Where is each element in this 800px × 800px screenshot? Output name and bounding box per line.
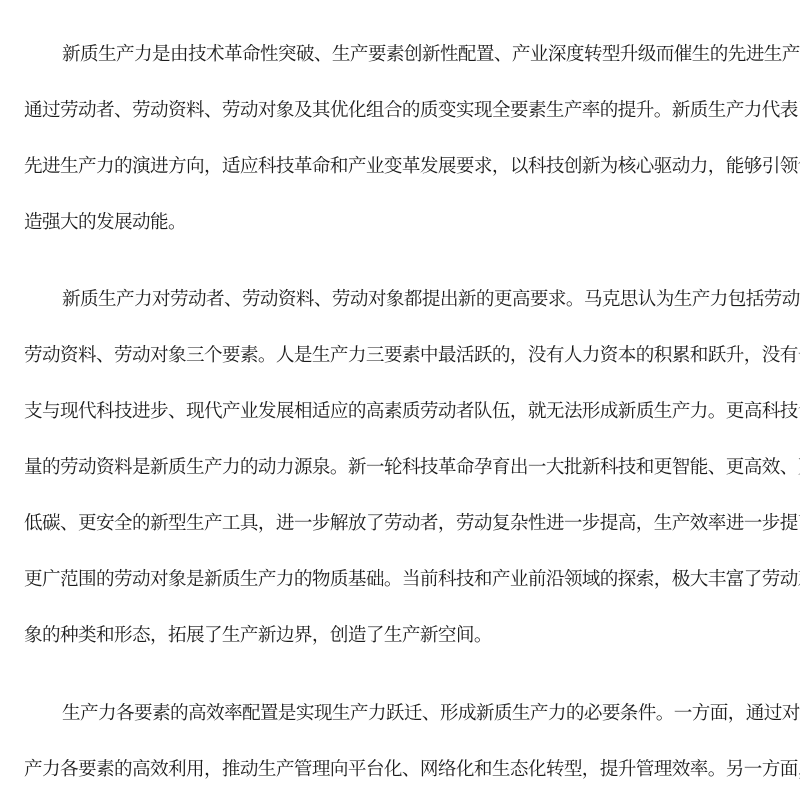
text-line: 劳动资料、劳动对象三个要素。人是生产力三要素中最活跃的，没有人力资本的积累和跃升…: [24, 344, 800, 368]
text-line: 生产力各要素的高效率配置是实现生产力跃迁、形成新质生产力的必要条件。一方面，通过…: [62, 702, 800, 726]
text-line: 象的种类和形态，拓展了生产新边界，创造了生产新空间。: [24, 624, 492, 648]
text-line: 先进生产力的演进方向，适应科技革命和产业变革发展要求，以科技创新为核心驱动力，能…: [24, 155, 800, 179]
text-line: 低碳、更安全的新型生产工具，进一步解放了劳动者，劳动复杂性进一步提高，生产效率进…: [24, 512, 800, 536]
text-line: 产力各要素的高效利用，推动生产管理向平台化、网络化和生态化转型，提升管理效率。另…: [24, 758, 800, 782]
text-line: 新质生产力是由技术革命性突破、生产要素创新性配置、产业深度转型升级而催生的先进生…: [62, 43, 800, 67]
text-line: 支与现代科技进步、现代产业发展相适应的高素质劳动者队伍，就无法形成新质生产力。更…: [24, 400, 800, 424]
text-line: 造强大的发展动能。: [24, 211, 186, 235]
text-line: 通过劳动者、劳动资料、劳动对象及其优化组合的质变实现全要素生产率的提升。新质生产…: [24, 99, 800, 123]
text-line: 新质生产力对劳动者、劳动资料、劳动对象都提出新的更高要求。马克思认为生产力包括劳…: [62, 288, 800, 312]
text-line: 量的劳动资料是新质生产力的动力源泉。新一轮科技革命孕育出一大批新科技和更智能、更…: [24, 456, 800, 480]
document-page: 新质生产力是由技术革命性突破、生产要素创新性配置、产业深度转型升级而催生的先进生…: [0, 0, 800, 800]
text-line: 更广范围的劳动对象是新质生产力的物质基础。当前科技和产业前沿领域的探索，极大丰富…: [24, 568, 800, 592]
